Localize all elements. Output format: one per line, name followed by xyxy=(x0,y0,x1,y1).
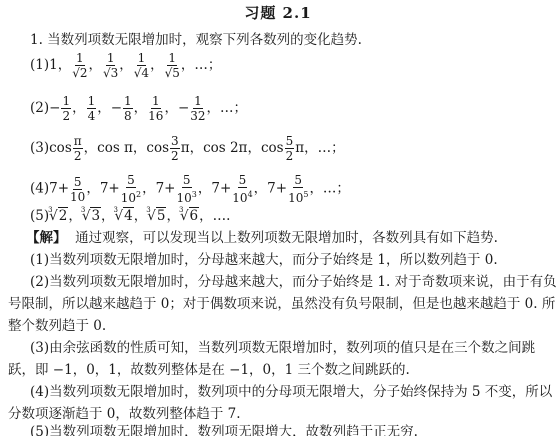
solution-line: 跃，即 −1，0，1，故数列整体是在 −1，0，1 三个数之间跳跃的. xyxy=(8,360,410,380)
exercise-title: 习题 2.1 xyxy=(0,2,556,23)
item-label: (2) xyxy=(30,100,49,116)
cos-term: cos xyxy=(146,140,169,156)
tail: ，…； xyxy=(207,100,248,116)
item-label: (5) xyxy=(30,208,49,224)
question-item-3: (3)cosπ2，cos π，cos32π，cos 2π，cos52π，…； xyxy=(30,135,345,162)
pi: π xyxy=(181,140,190,156)
solution-line: (2)当数列项数无限增加时，分母越来越大，而分子始终是 1. 对于奇数项来说，由… xyxy=(30,272,556,292)
seven-plus: 7+ xyxy=(100,181,120,197)
fraction: 18 xyxy=(123,95,133,122)
solution-line: 号限制，所以越来越趋于 0；对于偶数项来说，虽然没有负号限制，但是也越来越趋于 … xyxy=(8,294,556,314)
cos-term: cos xyxy=(261,140,284,156)
tail: ，…. xyxy=(199,208,230,224)
fraction: 14 xyxy=(87,95,97,122)
solution-line: 整个数列趋于 0. xyxy=(8,316,106,336)
seven-plus: 7+ xyxy=(156,181,176,197)
seven-plus: 7+ xyxy=(211,181,231,197)
question-item-4: (4)7+510，7+5102，7+5103，7+5104，7+5105，…； xyxy=(30,174,350,204)
cube-root: 3√3 xyxy=(82,206,101,226)
fraction: 52 xyxy=(285,135,295,162)
cube-root: 3√5 xyxy=(147,206,166,226)
fraction: 5102 xyxy=(121,174,141,204)
question-stem: 1. 当数列项数无限增加时，观察下列各数列的变化趋势. xyxy=(30,30,362,50)
sign: − xyxy=(111,100,122,116)
solution-intro: 【解】 通过观察，可以发现当以上数列项数无限增加时，各数列具有如下趋势. xyxy=(26,228,498,248)
cos-term: cos xyxy=(49,140,72,156)
fraction: 1√5 xyxy=(165,52,180,79)
fraction: π2 xyxy=(73,135,83,162)
fraction: 32 xyxy=(170,135,180,162)
solution-line: (4)当数列项数无限增加时，数列项中的分母项无限增大，分子始终保持为 5 不变，… xyxy=(30,382,552,402)
cos-term: cos π xyxy=(97,140,133,156)
tail: ，…； xyxy=(309,181,350,197)
fraction: 5104 xyxy=(232,174,252,204)
seven-plus: 7+ xyxy=(267,181,287,197)
seven-plus: 7+ xyxy=(49,181,69,197)
tail: ，…； xyxy=(181,57,222,73)
question-item-2: (2)−12，14，−18，116，−132，…； xyxy=(30,95,247,122)
cube-root: 3√6 xyxy=(180,206,199,226)
solution-line: (3)由余弦函数的性质可知，当数列项数无限增加时，数列项的值只是在三个数之间跳 xyxy=(30,338,535,358)
solution-line: (1)当数列项数无限增加时，分母越来越大，而分子始终是 1，所以数列趋于 0. xyxy=(30,250,498,270)
lead-term: 1， xyxy=(49,57,71,73)
fraction: 5105 xyxy=(288,174,308,204)
sign: − xyxy=(49,100,60,116)
cos-term: cos 2π xyxy=(203,140,247,156)
fraction: 132 xyxy=(190,95,205,122)
sign: − xyxy=(178,100,189,116)
solution-line: (5)当数列项数无限增加时，数列项无限增大，故数列趋于正无穷. xyxy=(30,422,418,436)
fraction: 1√2 xyxy=(72,52,87,79)
item-label: (3) xyxy=(30,140,49,156)
question-item-5: (5)3√2，3√3，3√4，3√5，3√6，…. xyxy=(30,206,230,226)
solution-line: 分数项逐渐趋于 0，故数列整体趋于 7. xyxy=(8,404,241,424)
question-item-1: (1)1，1√2，1√3，1√4，1√5，…； xyxy=(30,52,221,79)
fraction: 1√4 xyxy=(134,52,149,79)
solution-intro-text: 通过观察，可以发现当以上数列项数无限增加时，各数列具有如下趋势. xyxy=(75,230,498,246)
cube-root: 3√4 xyxy=(115,206,134,226)
item-label: (1) xyxy=(30,57,49,73)
fraction: 116 xyxy=(148,95,163,122)
solution-tag: 【解】 xyxy=(26,230,67,246)
fraction: 12 xyxy=(61,95,71,122)
tail: ，…； xyxy=(304,140,345,156)
cube-root: 3√2 xyxy=(49,206,68,226)
fraction: 1√3 xyxy=(103,52,118,79)
pi: π xyxy=(295,140,304,156)
item-label: (4) xyxy=(30,181,49,197)
fraction: 510 xyxy=(70,176,85,203)
